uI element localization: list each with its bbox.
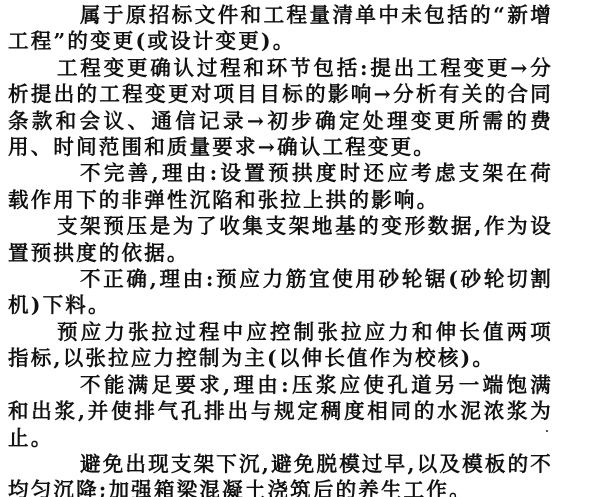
- paragraph-camber-setting: 不完善,理由:设置预拱度时还应考虑支架在荷载作用下的非弹性沉陷和张拉上拱的影响。: [8, 160, 553, 213]
- paragraph-tendon-cutting: 不正确,理由:预应力筋宜使用砂轮锯(砂轮切割机)下料。: [8, 266, 553, 319]
- document-body: 属于原招标文件和工程量清单中未包括的“新增工程”的变更(或设计变更)。 工程变更…: [8, 2, 553, 497]
- scan-speck: [546, 430, 548, 432]
- paragraph-grouting: 不能满足要求,理由:压浆应使孔道另一端饱满和出浆,并使排气孔排出与规定稠度相同的…: [8, 372, 553, 451]
- paragraph-change-confirmation-process: 工程变更确认过程和环节包括:提出工程变更→分析提出的工程变更对项目目标的影响→分…: [8, 55, 553, 161]
- paragraph-new-works-change: 属于原招标文件和工程量清单中未包括的“新增工程”的变更(或设计变更)。: [8, 2, 553, 55]
- paragraph-tensioning-control: 预应力张拉过程中应控制张拉应力和伸长值两项指标,以张拉应力控制为主(以伸长值作为…: [8, 319, 553, 372]
- paragraph-support-preloading: 支架预压是为了收集支架地基的变形数据,作为设置预拱度的依据。: [8, 213, 553, 266]
- paragraph-settlement-prevention: 避免出现支架下沉,避免脱模过早,以及模板的不均匀沉降;加强箱梁混凝土浇筑后的养生…: [8, 451, 553, 497]
